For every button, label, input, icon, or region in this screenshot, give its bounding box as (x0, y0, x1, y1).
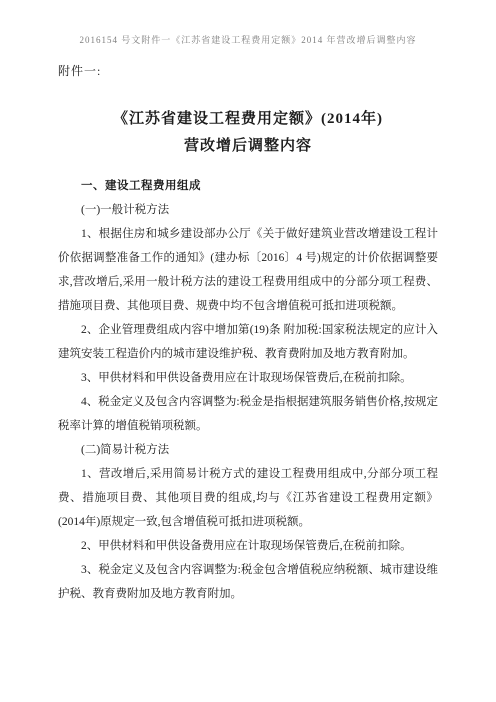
doc-body: 一、建设工程费用组成 (一)一般计税方法 1、根据住房和城乡建设部办公厅《关于做… (58, 174, 438, 606)
method-a-heading: (一)一般计税方法 (58, 198, 438, 222)
method-a-item-1: 1、根据住房和城乡建设部办公厅《关于做好建筑业营改增建设工程计价依据调整准备工作… (58, 222, 438, 318)
method-b-heading: (二)简易计税方法 (58, 438, 438, 462)
method-b-item-3: 3、税金定义及包含内容调整为:税金包含增值税应纳税额、城市建设维护税、教育费附加… (58, 558, 438, 606)
attachment-label: 附件一: (58, 62, 101, 79)
section-one-heading: 一、建设工程费用组成 (58, 174, 438, 198)
method-a-item-2: 2、企业管理费组成内容中增加第(19)条 附加税:国家税法规定的应计入建筑安装工… (58, 318, 438, 366)
document-header-note: 2016154 号文附件一《江苏省建设工程费用定额》2014 年营改增后调整内容 (0, 33, 496, 46)
method-a-item-4: 4、税金定义及包含内容调整为:税金是指根据建筑服务销售价格,按规定税率计算的增值… (58, 390, 438, 438)
method-b-item-1: 1、营改增后,采用简易计税方式的建设工程费用组成中,分部分项工程费、措施项目费、… (58, 462, 438, 534)
document-page: 2016154 号文附件一《江苏省建设工程费用定额》2014 年营改增后调整内容… (0, 0, 496, 702)
doc-title-line1: 《江苏省建设工程费用定额》(2014年) (0, 106, 496, 133)
method-a-item-3: 3、甲供材料和甲供设备费用应在计取现场保管费后,在税前扣除。 (58, 366, 438, 390)
doc-title-line2: 营改增后调整内容 (0, 133, 496, 160)
title-block: 《江苏省建设工程费用定额》(2014年) 营改增后调整内容 (0, 106, 496, 160)
method-b-item-2: 2、甲供材料和甲供设备费用应在计取现场保管费后,在税前扣除。 (58, 534, 438, 558)
